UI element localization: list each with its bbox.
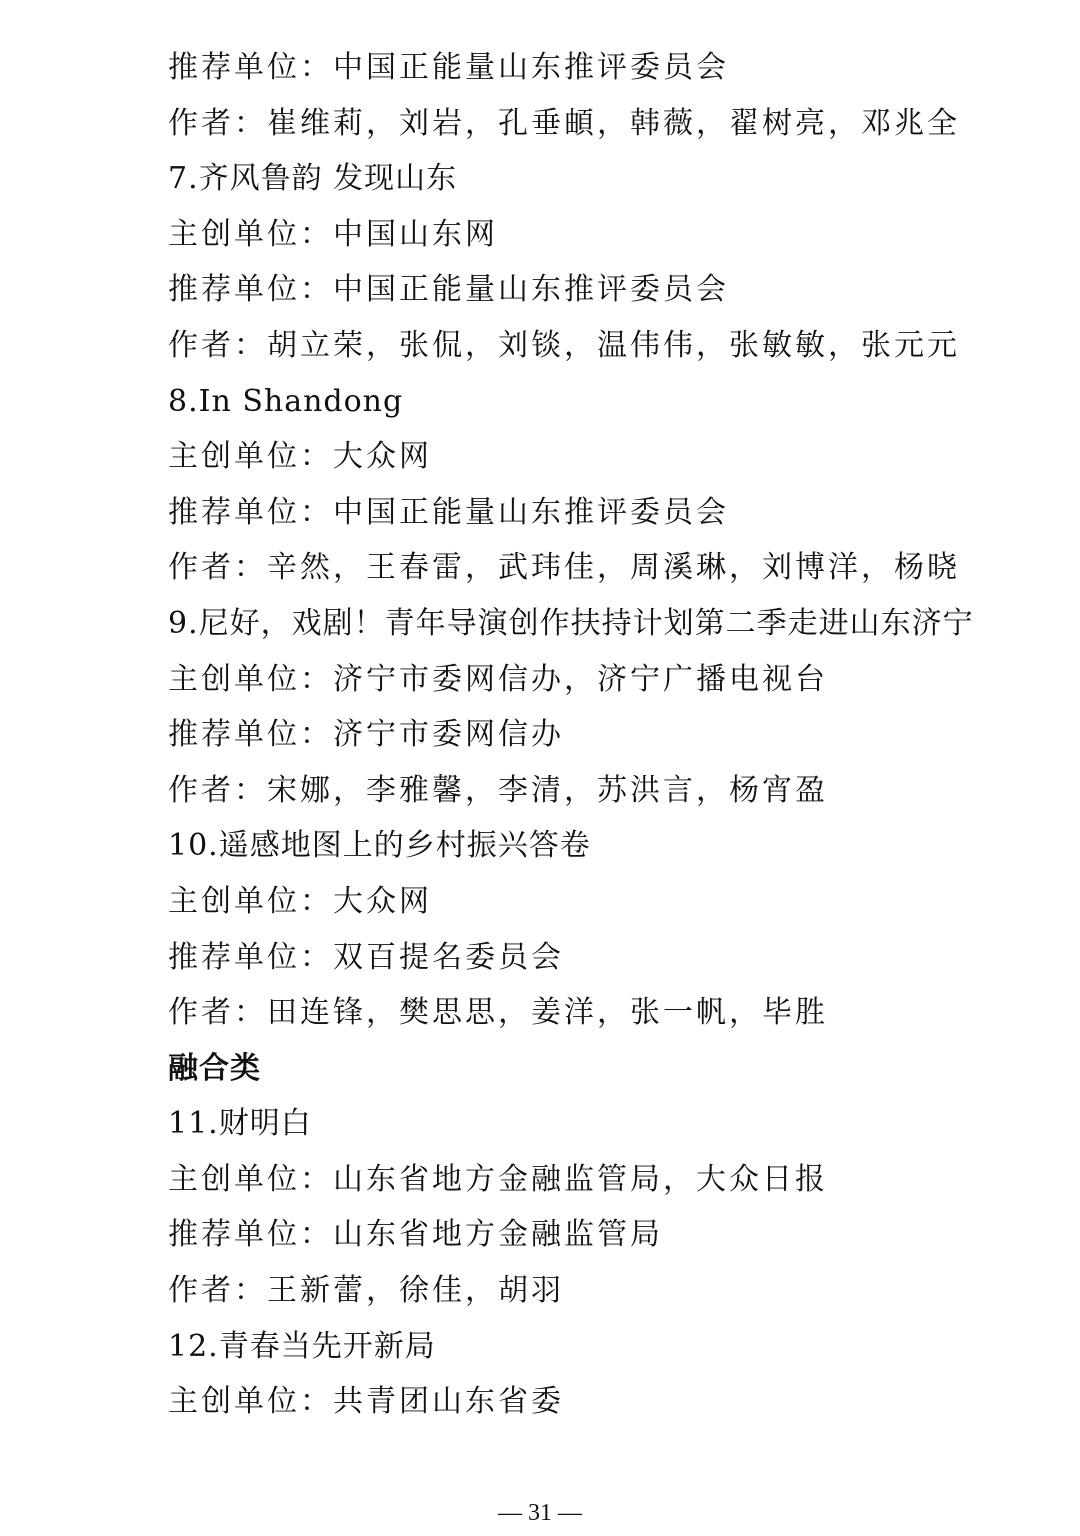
- recommend-unit-line: 推荐单位：中国正能量山东推评委员会: [168, 262, 998, 318]
- creator-unit-line: 主创单位：大众网: [168, 874, 998, 930]
- authors-line: 作者：王新蕾，徐佳，胡羽: [168, 1263, 998, 1319]
- authors-line: 作者：崔维莉，刘岩，孔垂頔，韩薇，翟树亮，邓兆全: [168, 96, 998, 152]
- recommend-unit-line: 推荐单位：中国正能量山东推评委员会: [168, 485, 998, 541]
- page-number: — 31 —: [0, 1500, 1080, 1527]
- authors-line: 作者：辛然，王春雷，武玮佳，周溪琳，刘博洋，杨晓: [168, 540, 998, 596]
- entry-title-11: 11.财明白: [168, 1096, 998, 1152]
- creator-unit-line: 主创单位：中国山东网: [168, 207, 998, 263]
- creator-unit-line: 主创单位：济宁市委网信办，济宁广播电视台: [168, 652, 998, 708]
- entry-title-10: 10.遥感地图上的乡村振兴答卷: [168, 818, 998, 874]
- recommend-unit-line: 推荐单位：济宁市委网信办: [168, 707, 998, 763]
- recommend-unit-line: 推荐单位：山东省地方金融监管局: [168, 1207, 998, 1263]
- recommend-unit-line: 推荐单位：双百提名委员会: [168, 930, 998, 986]
- section-heading-fusion: 融合类: [168, 1041, 998, 1097]
- creator-unit-line: 主创单位：山东省地方金融监管局，大众日报: [168, 1152, 998, 1208]
- creator-unit-line: 主创单位：共青团山东省委: [168, 1374, 998, 1430]
- entry-title-8: 8.In Shandong: [168, 374, 998, 430]
- authors-line: 作者：田连锋，樊思思，姜洋，张一帆，毕胜: [168, 985, 998, 1041]
- document-page: 推荐单位：中国正能量山东推评委员会 作者：崔维莉，刘岩，孔垂頔，韩薇，翟树亮，邓…: [168, 40, 998, 1430]
- authors-line: 作者：宋娜，李雅馨，李清，苏洪言，杨宵盈: [168, 763, 998, 819]
- recommend-unit-line: 推荐单位：中国正能量山东推评委员会: [168, 40, 998, 96]
- creator-unit-line: 主创单位：大众网: [168, 429, 998, 485]
- entry-title-12: 12.青春当先开新局: [168, 1319, 998, 1375]
- entry-title-9: 9.尼好，戏剧！青年导演创作扶持计划第二季走进山东济宁: [168, 596, 998, 652]
- entry-title-7: 7.齐风鲁韵 发现山东: [168, 151, 998, 207]
- authors-line: 作者：胡立荣，张侃，刘锬，温伟伟，张敏敏，张元元: [168, 318, 998, 374]
